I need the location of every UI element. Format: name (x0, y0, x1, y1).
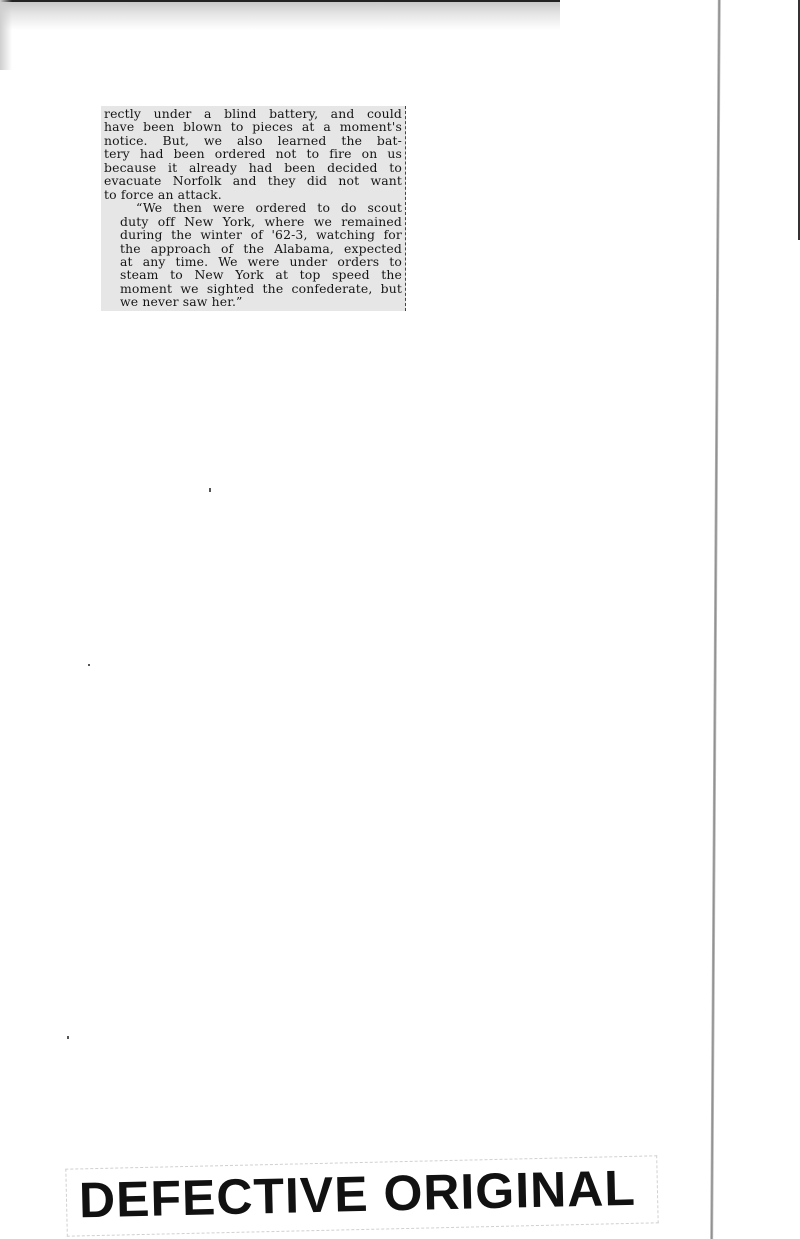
page-fold-line (710, 0, 721, 1239)
text-line: to force an attack. (104, 188, 402, 201)
text-line: at any time. We were under orders to (104, 255, 402, 268)
text-line: we never saw her.” (104, 295, 402, 308)
text-line: moment we sighted the confederate, but (104, 282, 402, 295)
defective-original-stamp: DEFECTIVE ORIGINAL (65, 1155, 658, 1236)
text-line: the approach of the Alabama, expected (104, 242, 402, 255)
text-line: tery had been ordered not to fire on us (104, 147, 402, 160)
text-line: “We then were ordered to do scout (104, 201, 402, 214)
scan-speck (209, 488, 211, 492)
text-line: notice. But, we also learned the bat- (104, 134, 402, 147)
scan-left-shadow (0, 0, 12, 70)
stamp-text: DEFECTIVE ORIGINAL (78, 1159, 636, 1230)
text-line: evacuate Norfolk and they did not want (104, 174, 402, 187)
text-line: duty off New York, where we remained (104, 215, 402, 228)
text-line: rectly under a blind battery, and could (104, 107, 402, 120)
newspaper-clipping: rectly under a blind battery, and could … (101, 106, 406, 311)
text-line: steam to New York at top speed the (104, 268, 402, 281)
text-line: have been blown to pieces at a moment's (104, 120, 402, 133)
text-line: because it already had been decided to (104, 161, 402, 174)
clipping-paragraph-2: “We then were ordered to do scout duty o… (104, 201, 402, 309)
text-line: during the winter of '62-3, watching for (104, 228, 402, 241)
scan-speck (67, 1036, 69, 1039)
scan-top-shadow (0, 0, 560, 30)
clipping-paragraph-1: rectly under a blind battery, and could … (104, 107, 402, 201)
scan-speck (88, 664, 90, 666)
